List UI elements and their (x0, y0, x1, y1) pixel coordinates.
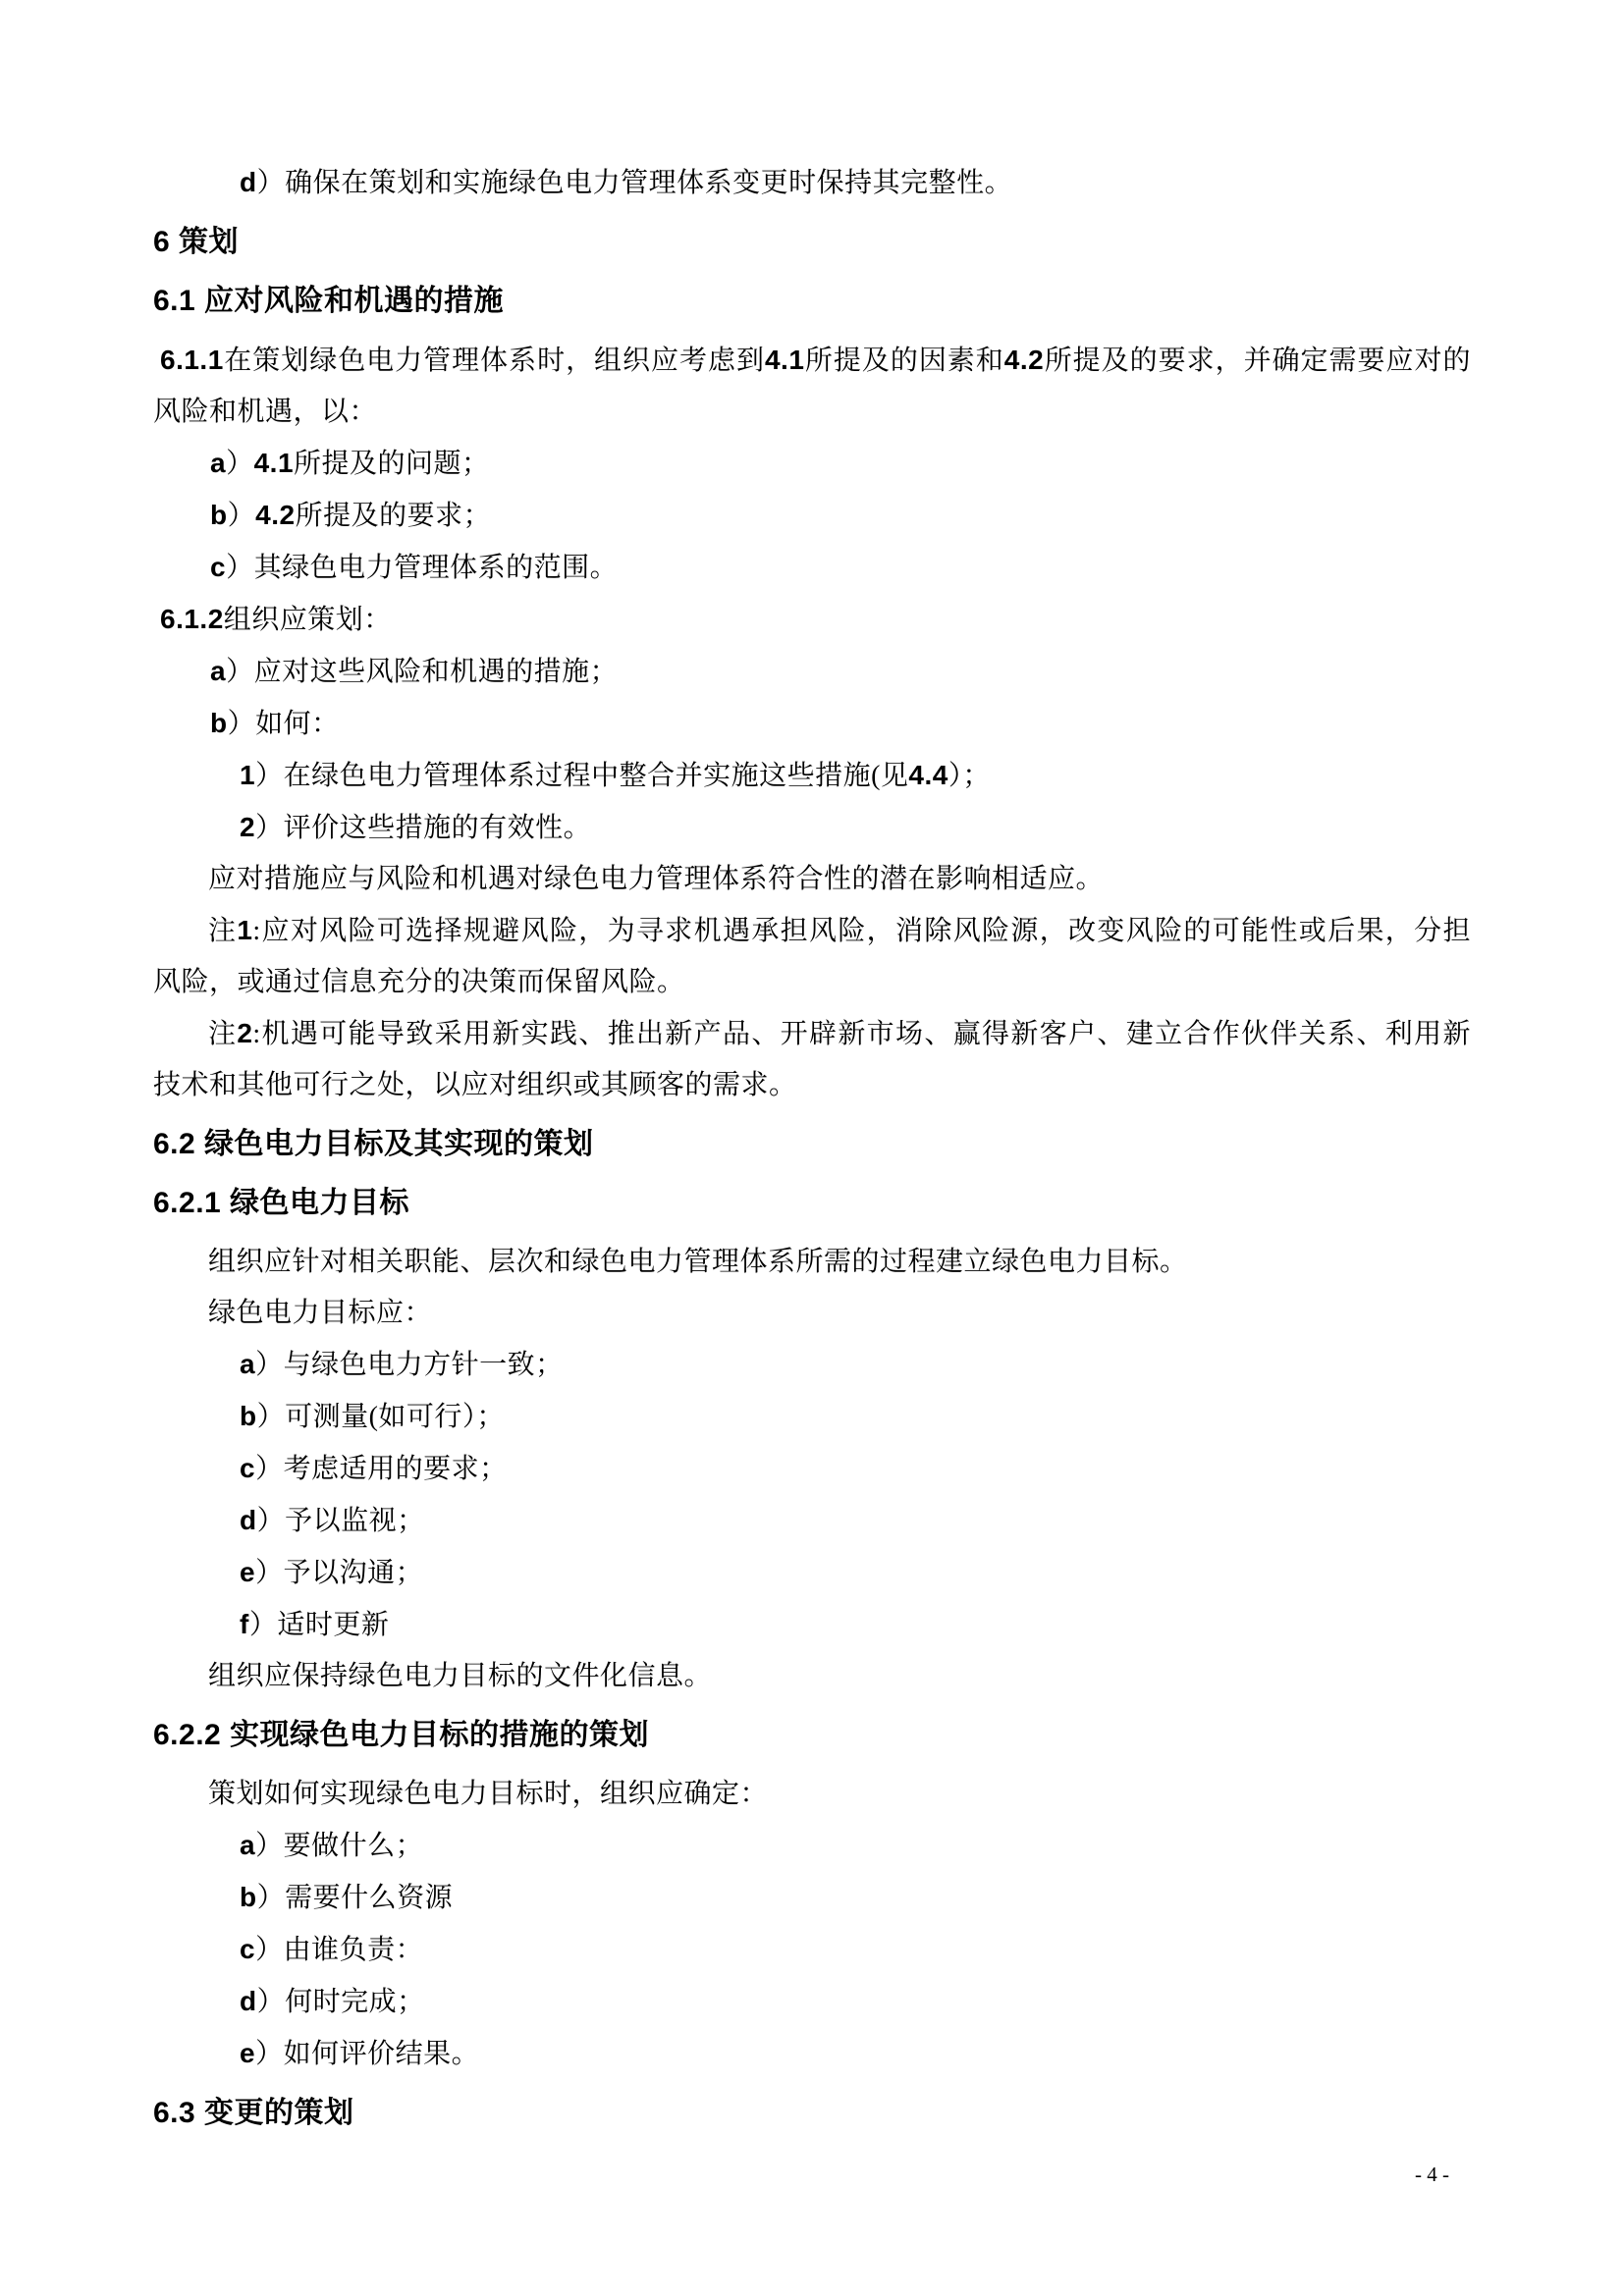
item-6-2-2-b: b）需要什么资源 (153, 1872, 1471, 1924)
text-run: 风险，或通过信息充分的决策而保留风险。 (153, 967, 685, 997)
para-6-1-1-line-2: 风险和机遇，以： (153, 387, 1471, 438)
text-run: 6 策划 (153, 226, 239, 258)
text-run: :机遇可能导致采用新实践、推出新产品、开辟新市场、赢得新客户、建立合作伙伴关系、… (252, 1019, 1471, 1049)
heading-6-3: 6.3 变更的策划 (153, 2088, 1471, 2139)
text-run: ）适时更新 (249, 1610, 390, 1640)
text-run: 注 (208, 916, 237, 946)
bold-number-run: 4.2 (255, 500, 295, 530)
item-6-2-1-b: b）可测量(如可行）； (153, 1391, 1471, 1443)
para-measures-proportionate: 应对措施应与风险和机遇对绿色电力管理体系符合性的潜在影响相适应。 (153, 854, 1471, 905)
page-number: - 4 - (1415, 2152, 1449, 2197)
bold-number-run: e (240, 2038, 255, 2068)
text-run: 在策划绿色电力管理体系时，组织应考虑到 (224, 346, 765, 376)
text-run: 应对措施应与风险和机遇对绿色电力管理体系符合性的潜在影响相适应。 (208, 864, 1104, 894)
bold-number-run: a (210, 656, 226, 686)
item-6-2-1-a: a）与绿色电力方针一致； (153, 1339, 1471, 1391)
para-objectives-should: 绿色电力目标应： (153, 1288, 1471, 1339)
text-run: ）与绿色电力方针一致； (255, 1350, 564, 1380)
item-6-2-2-e: e）如何评价结果。 (153, 2028, 1471, 2080)
text-run: 注 (208, 1019, 237, 1049)
text-run: ）评价这些措施的有效性。 (255, 813, 591, 843)
bold-number-run: d (240, 167, 257, 197)
bold-number-run: 4.4 (908, 760, 947, 790)
heading-6-1: 6.1 应对风险和机遇的措施 (153, 276, 1471, 327)
bold-number-run: b (210, 500, 228, 530)
bold-number-run: c (240, 1453, 255, 1483)
text-run: ）可测量(如可行）； (257, 1402, 505, 1432)
note-2-line-2: 技术和其他可行之处，以应对组织或其顾客的需求。 (153, 1060, 1471, 1111)
text-run: ）考虑适用的要求； (255, 1454, 508, 1484)
text-run: 6.3 变更的策划 (153, 2097, 354, 2129)
item-6-2-1-c: c）考虑适用的要求； (153, 1443, 1471, 1495)
text-run: ）何时完成； (257, 1987, 425, 2017)
text-run: ）应对这些风险和机遇的措施； (226, 657, 618, 687)
bold-number-run: 6.1.1 (160, 345, 224, 375)
item-6-2-2-c: c）由谁负责： (153, 1924, 1471, 1976)
para-6-2-2-intro: 策划如何实现绿色电力目标时，组织应确定： (153, 1769, 1471, 1820)
item-6-2-1-f: f）适时更新 (153, 1599, 1471, 1651)
note-1-line-1: 注1:应对风险可选择规避风险，为寻求机遇承担风险，消除风险源，改变风险的可能性或… (153, 905, 1471, 957)
text-run: 技术和其他可行之处，以应对组织或其顾客的需求。 (153, 1070, 797, 1100)
bold-number-run: d (240, 1505, 257, 1535)
item-6-1-2-a: a）应对这些风险和机遇的措施； (153, 646, 1471, 698)
text-run: 所提及的要求，并确定需要应对的 (1044, 346, 1471, 376)
text-run: 绿色电力目标应： (208, 1298, 432, 1328)
bold-number-run: 4.1 (765, 345, 804, 375)
bold-number-run: b (240, 1401, 257, 1431)
text-run: 策划如何实现绿色电力目标时，组织应确定： (208, 1779, 768, 1809)
text-run: 组织应保持绿色电力目标的文件化信息。 (208, 1661, 712, 1691)
bold-number-run: 4.1 (254, 448, 294, 478)
text-run: 组织应策划： (224, 605, 392, 635)
text-run: ） (228, 501, 256, 531)
para-documented-info: 组织应保持绿色电力目标的文件化信息。 (153, 1651, 1471, 1702)
item-6-2-2-a: a）要做什么； (153, 1820, 1471, 1872)
text-run: ）需要什么资源 (257, 1883, 454, 1913)
text-run: ）其绿色电力管理体系的范围。 (226, 553, 618, 583)
item-6-1-1-c: c）其绿色电力管理体系的范围。 (153, 542, 1471, 594)
text-run: 6.1 应对风险和机遇的措施 (153, 285, 504, 317)
heading-6: 6 策划 (153, 217, 1471, 268)
bold-number-run: a (240, 1349, 255, 1379)
text-run: :应对风险可选择规避风险，为寻求机遇承担风险，消除风险源，改变风险的可能性或后果… (252, 916, 1471, 946)
clause-d-continuation: d）确保在策划和实施绿色电力管理体系变更时保持其完整性。 (153, 157, 1471, 209)
text-run: 风险和机遇，以： (153, 397, 377, 427)
bold-number-run: 2 (237, 1018, 252, 1048)
text-run: 6.2.1 绿色电力目标 (153, 1187, 409, 1219)
document-body: d）确保在策划和实施绿色电力管理体系变更时保持其完整性。6 策划6.1 应对风险… (153, 157, 1471, 2147)
bold-number-run: f (240, 1609, 249, 1639)
para-6-1-2: 6.1.2组织应策划： (153, 594, 1471, 646)
note-1-line-2: 风险，或通过信息充分的决策而保留风险。 (153, 957, 1471, 1008)
heading-6-2-1: 6.2.1 绿色电力目标 (153, 1178, 1471, 1229)
text-run: 6.2.2 实现绿色电力目标的措施的策划 (153, 1719, 649, 1751)
bold-number-run: 1 (237, 915, 252, 945)
bold-number-run: 4.2 (1004, 345, 1044, 375)
note-2-line-1: 注2:机遇可能导致采用新实践、推出新产品、开辟新市场、赢得新客户、建立合作伙伴关… (153, 1008, 1471, 1060)
text-run: ）确保在策划和实施绿色电力管理体系变更时保持其完整性。 (257, 168, 1013, 198)
bold-number-run: b (240, 1882, 257, 1912)
bold-number-run: 6.1.2 (160, 604, 224, 634)
item-6-1-2-b: b）如何： (153, 698, 1471, 750)
item-6-2-1-d: d）予以监视； (153, 1495, 1471, 1547)
bold-number-run: c (240, 1934, 255, 1964)
text-run: ）要做什么； (255, 1831, 423, 1861)
text-run: 所提及的要求； (296, 501, 492, 531)
text-run: 组织应针对相关职能、层次和绿色电力管理体系所需的过程建立绿色电力目标。 (208, 1247, 1188, 1277)
text-run: 6.2 绿色电力目标及其实现的策划 (153, 1128, 594, 1160)
text-run: ）； (948, 761, 991, 791)
bold-number-run: e (240, 1557, 255, 1587)
item-6-2-1-e: e）予以沟通； (153, 1547, 1471, 1599)
item-6-2-2-d: d）何时完成； (153, 1976, 1471, 2028)
bold-number-run: a (210, 448, 226, 478)
bold-number-run: 2 (240, 812, 255, 842)
para-6-1-1-line-1: 6.1.1在策划绿色电力管理体系时，组织应考虑到4.1所提及的因素和4.2所提及… (153, 335, 1471, 387)
para-6-2-1-intro: 组织应针对相关职能、层次和绿色电力管理体系所需的过程建立绿色电力目标。 (153, 1237, 1471, 1288)
bold-number-run: b (210, 708, 228, 738)
bold-number-run: a (240, 1830, 255, 1860)
text-run: ）如何评价结果。 (255, 2039, 479, 2069)
heading-6-2: 6.2 绿色电力目标及其实现的策划 (153, 1119, 1471, 1170)
text-run: ）在绿色电力管理体系过程中整合并实施这些措施(见 (255, 761, 908, 791)
text-run: 所提及的因素和 (804, 346, 1003, 376)
text-run: ） (226, 449, 254, 479)
bold-number-run: c (210, 552, 226, 582)
text-run: ）由谁负责： (255, 1935, 423, 1965)
text-run: ）予以沟通； (255, 1558, 423, 1588)
bold-number-run: 1 (240, 760, 255, 790)
item-6-1-1-a: a）4.1所提及的问题； (153, 438, 1471, 490)
bold-number-run: d (240, 1986, 257, 2016)
item-6-1-2-b-1: 1）在绿色电力管理体系过程中整合并实施这些措施(见4.4）； (153, 750, 1471, 802)
document-page: d）确保在策划和实施绿色电力管理体系变更时保持其完整性。6 策划6.1 应对风险… (0, 0, 1624, 2296)
text-run: ）予以监视； (257, 1506, 425, 1536)
heading-6-2-2: 6.2.2 实现绿色电力目标的措施的策划 (153, 1710, 1471, 1761)
item-6-1-2-b-2: 2）评价这些措施的有效性。 (153, 802, 1471, 854)
item-6-1-1-b: b）4.2所提及的要求； (153, 490, 1471, 542)
text-run: 所提及的问题； (294, 449, 490, 479)
text-run: ）如何： (228, 709, 340, 739)
